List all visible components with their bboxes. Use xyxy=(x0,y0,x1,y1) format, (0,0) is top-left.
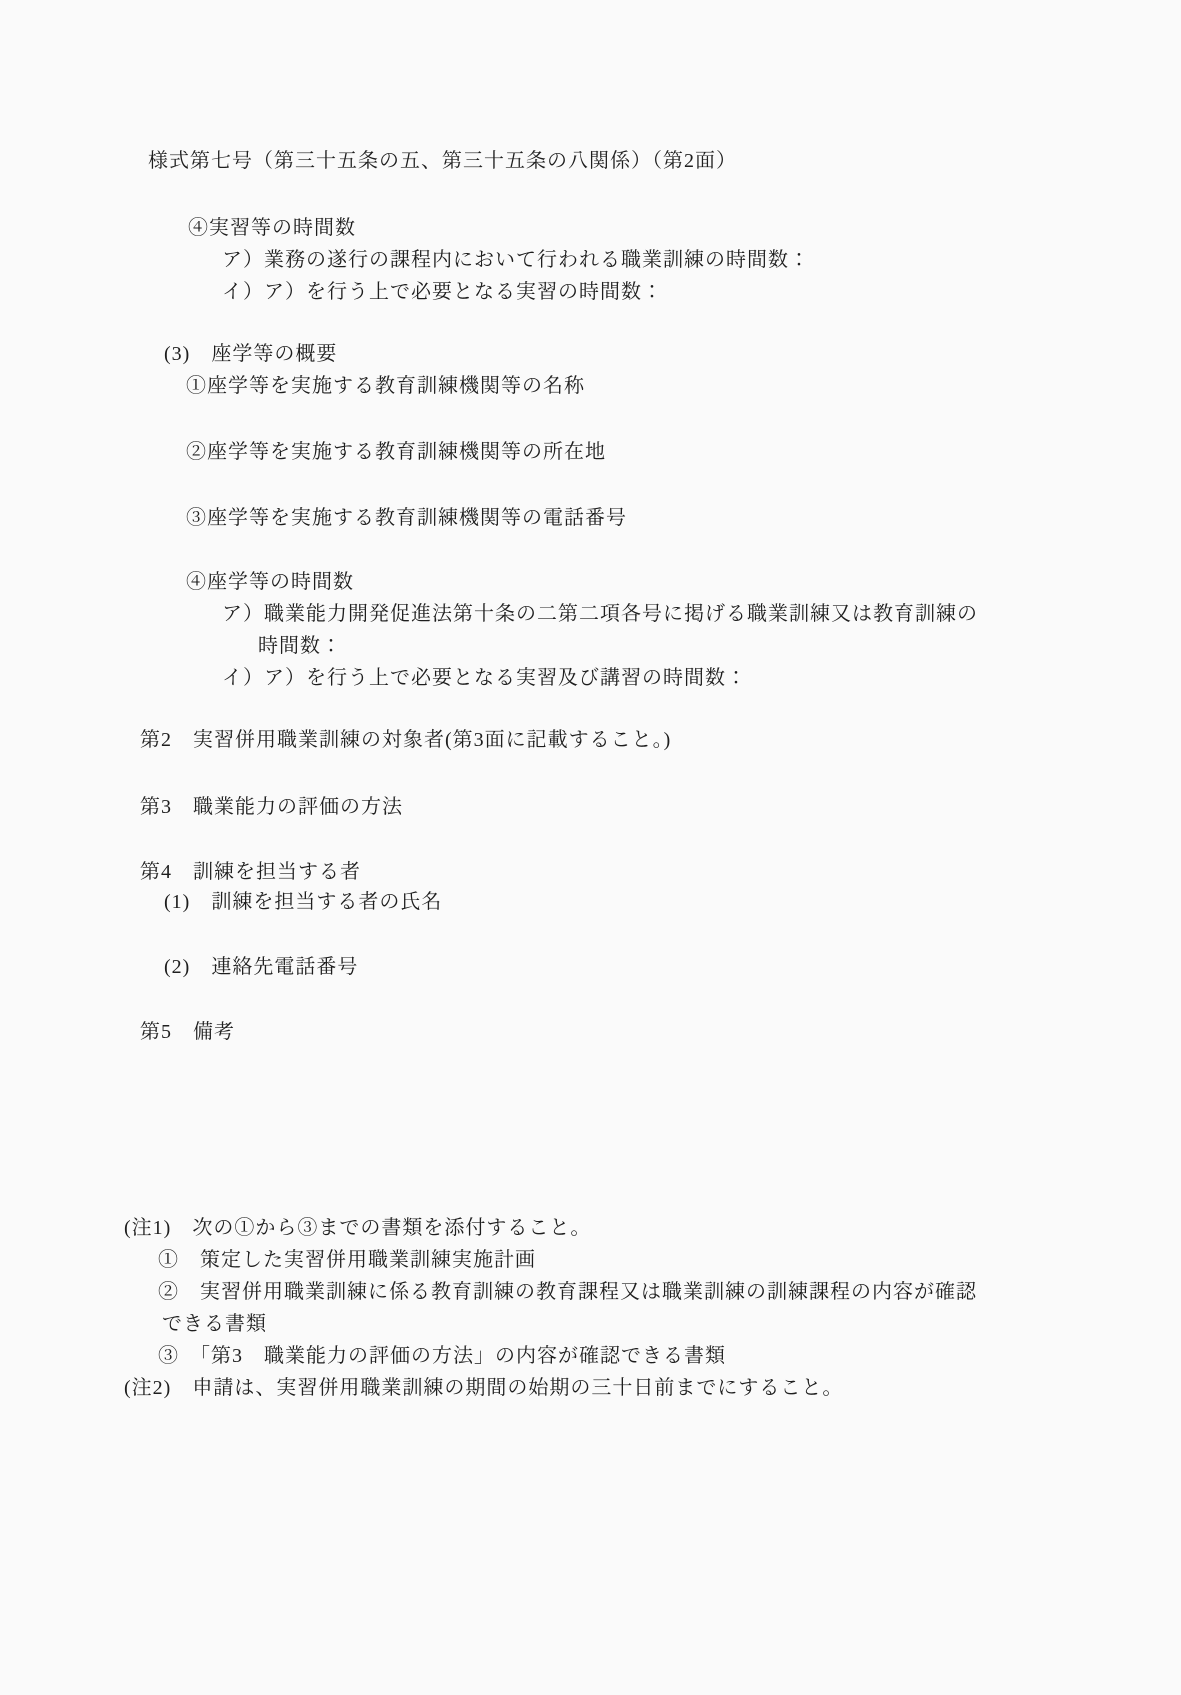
form-title: 様式第七号（第三十五条の五、第三十五条の八関係）（第2面） xyxy=(148,148,737,174)
heading-zagaku-hours: ④座学等の時間数 xyxy=(186,569,354,595)
document-page: 様式第七号（第三十五条の五、第三十五条の八関係）（第2面） ④実習等の時間数 ア… xyxy=(0,0,1181,1695)
line-zagaku-hours-a: ア）職業能力開発促進法第十条の二第二項各号に掲げる職業訓練又は教育訓練の xyxy=(222,601,978,627)
note1-item3: ③ 「第3 職業能力の評価の方法」の内容が確認できる書類 xyxy=(158,1343,726,1369)
line-zagaku-hours-i: イ）ア）を行う上で必要となる実習及び講習の時間数： xyxy=(222,665,747,691)
note1: (注1) 次の①から③までの書類を添付すること。 xyxy=(124,1215,591,1241)
line-zagaku-org-address: ②座学等を実施する教育訓練機関等の所在地 xyxy=(186,439,606,465)
note1-item2: ② 実習併用職業訓練に係る教育訓練の教育課程又は職業訓練の訓練課程の内容が確認 xyxy=(158,1279,977,1305)
line-zagaku-org-name: ①座学等を実施する教育訓練機関等の名称 xyxy=(186,373,585,399)
line-practical-hours-a: ア）業務の遂行の課程内において行われる職業訓練の時間数： xyxy=(222,247,810,273)
note1-item2-cont: できる書類 xyxy=(162,1311,267,1337)
heading-dai5-remarks: 第5 備考 xyxy=(140,1019,235,1045)
line-trainer-phone: (2) 連絡先電話番号 xyxy=(164,954,358,980)
line-zagaku-hours-a-cont: 時間数： xyxy=(258,633,342,659)
heading-dai4-trainer: 第4 訓練を担当する者 xyxy=(140,859,361,885)
line-trainer-name: (1) 訓練を担当する者の氏名 xyxy=(164,889,442,915)
note2: (注2) 申請は、実習併用職業訓練の期間の始期の三十日前までにすること。 xyxy=(124,1375,843,1401)
heading-section3-zagaku: (3) 座学等の概要 xyxy=(164,341,337,367)
heading-practical-hours: ④実習等の時間数 xyxy=(188,215,356,241)
line-practical-hours-i: イ）ア）を行う上で必要となる実習の時間数： xyxy=(222,279,663,305)
line-zagaku-org-phone: ③座学等を実施する教育訓練機関等の電話番号 xyxy=(186,505,627,531)
heading-dai3-evaluation: 第3 職業能力の評価の方法 xyxy=(140,794,403,820)
note1-item1: ① 策定した実習併用職業訓練実施計画 xyxy=(158,1247,536,1273)
heading-dai2-target: 第2 実習併用職業訓練の対象者(第3面に記載すること。) xyxy=(140,727,671,753)
